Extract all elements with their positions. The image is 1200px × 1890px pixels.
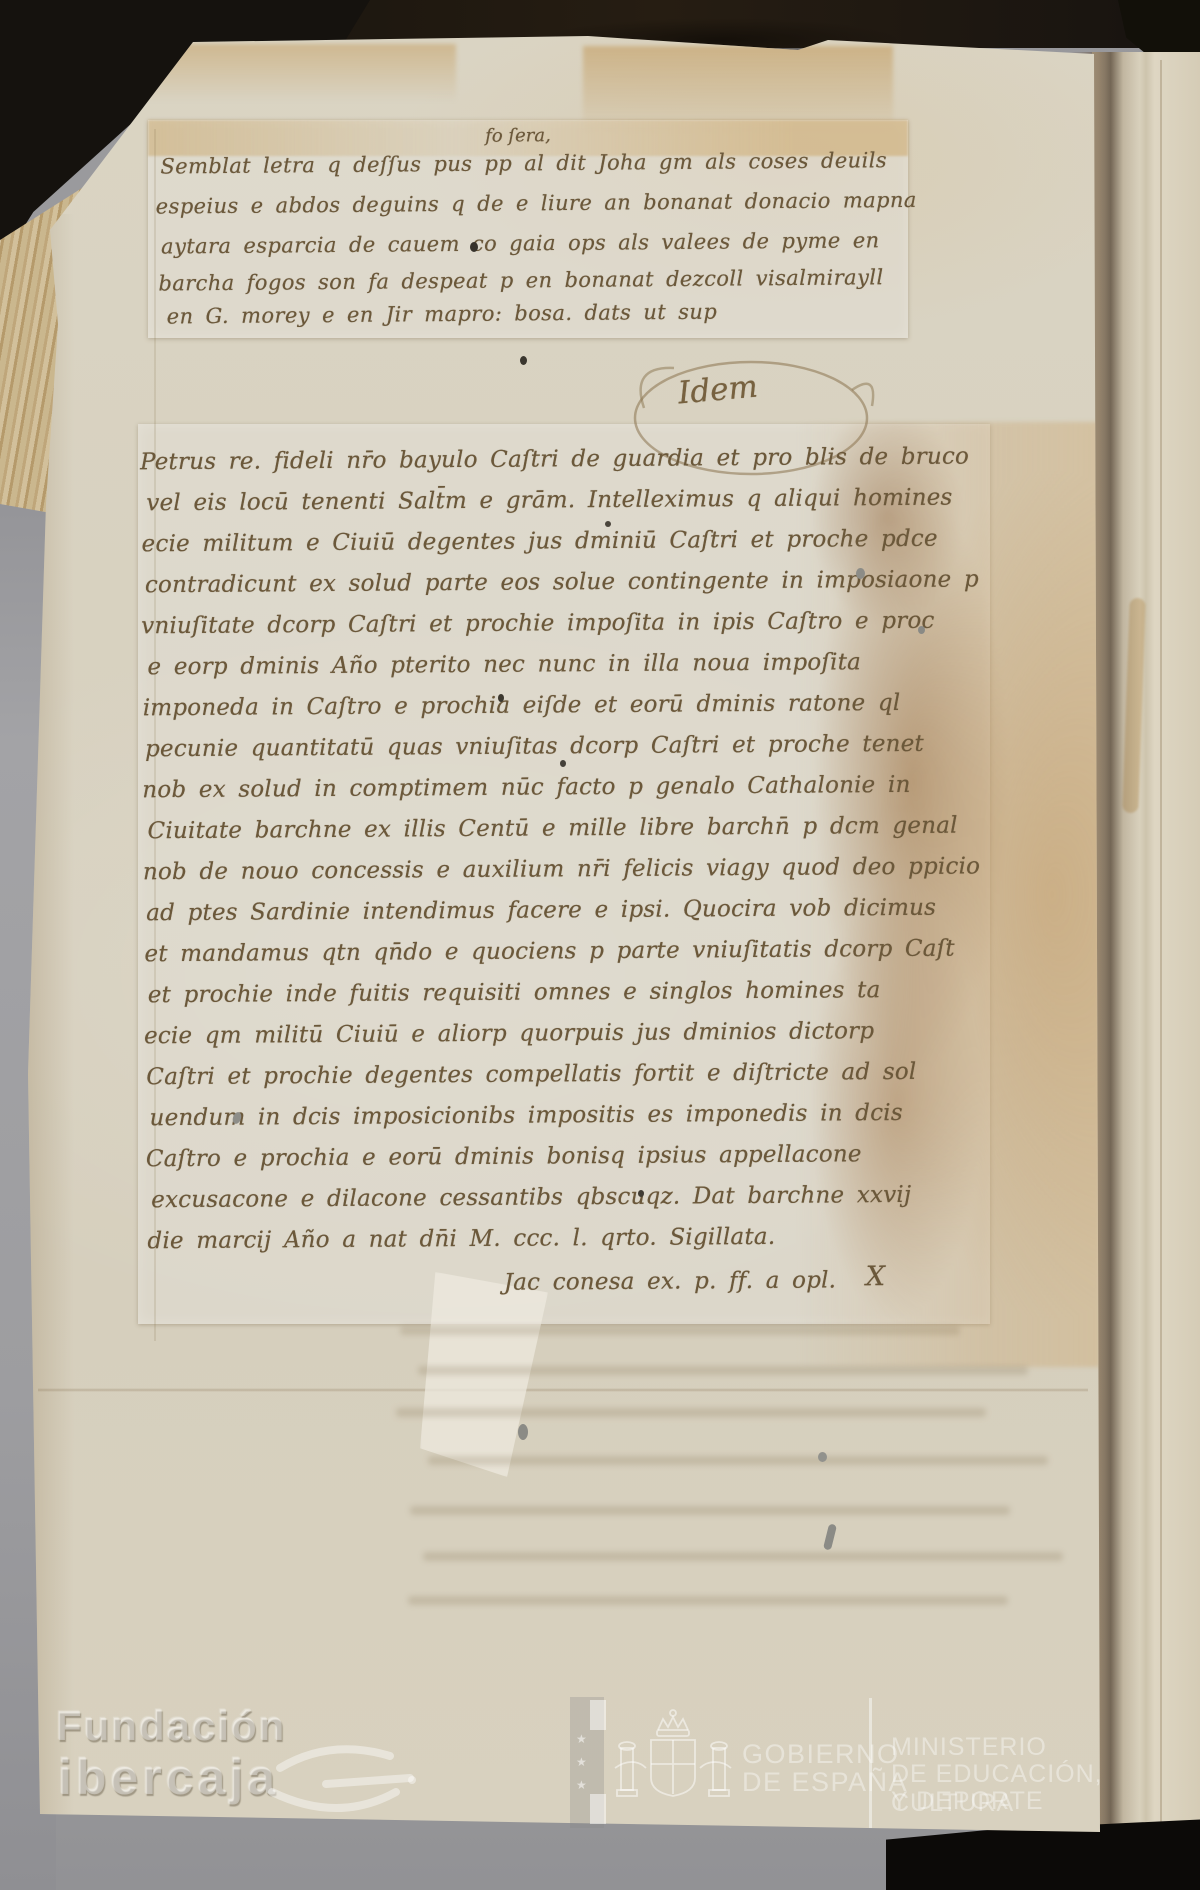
manuscript-line: e eorp dminis Año pterito nec nunc in il… <box>147 649 861 680</box>
band-notch <box>590 1700 606 1730</box>
glue-spot <box>856 568 865 579</box>
ink-spot <box>638 1190 644 1197</box>
ministerio-watermark-line3: Y DEPORTE <box>891 1787 1044 1816</box>
manuscript-line: ecie militum e Ciuiū degentes jus dminiū… <box>142 526 938 558</box>
final-x-mark: X <box>866 1261 885 1292</box>
manuscript-page: fo ſera, Semblat letra q deſſus pus pp a… <box>28 34 1100 1836</box>
manuscript-line: et mandamus qtn qn̄do e quociens p parte… <box>144 936 955 968</box>
watermark-divider <box>869 1698 872 1828</box>
manuscript-line: vel eis locū tenenti Salt̄m e grām. Inte… <box>146 485 952 517</box>
glue-spot <box>518 1424 528 1440</box>
manuscript-line: et prochie inde fuitis requisiti omnes e… <box>148 977 881 1008</box>
manuscript-line: Petrus re. fideli nr̄o bayulo Caſtri de … <box>140 443 969 475</box>
page-edge-line <box>1160 60 1162 1830</box>
manuscript-line: nob de nouo concessis e auxilium nr̄i fe… <box>143 853 980 885</box>
manuscript-line: Caſtri et prochie degentes compellatis f… <box>146 1059 916 1090</box>
glue-spot <box>918 626 925 634</box>
ink-spot <box>605 521 611 527</box>
manuscript-line: imponeda in Caſtro e prochia eiſde et eo… <box>143 690 901 721</box>
manuscript-line: die marcij Año a nat dn̄i M. ccc. l. qrt… <box>147 1224 775 1254</box>
manuscript-line: pecunie quantitatū quas vniuſitas dcorp … <box>145 731 924 762</box>
manuscript-scan: fo ſera, Semblat letra q deſſus pus pp a… <box>0 0 1200 1890</box>
star-icon: ★ <box>576 1778 587 1792</box>
manuscript-line: ad ptes Sardinie intendimus facere e ips… <box>146 895 936 927</box>
manuscript-line: uendum in dcis imposicionibs impositis e… <box>150 1100 903 1131</box>
ink-spot <box>470 242 478 252</box>
manuscript-line: ecie qm militū Ciuiū e aliorp quorpuis j… <box>144 1018 874 1049</box>
manuscript-line: contradicunt ex solud parte eos solue co… <box>145 566 979 598</box>
manuscript-line: Caſtro e prochia e eorū dminis bonisq ip… <box>146 1141 862 1172</box>
manuscript-line: nob ex solud in comptimem nūc facto p ge… <box>142 772 910 803</box>
ink-spot <box>520 356 527 365</box>
ministerio-watermark-line1: MINISTERIO <box>891 1733 1047 1762</box>
ibercaja-watermark-line1: Fundación <box>56 1702 286 1750</box>
ibercaja-watermark-line2: ibercaja <box>58 1748 279 1806</box>
glue-spot <box>818 1452 827 1462</box>
manuscript-line: excusacone e dilacone cessantibs qbscuqz… <box>151 1182 911 1213</box>
manuscript-line: Ciuitate barchne ex illis Centū e mille … <box>148 813 958 845</box>
manuscript-line: vniuſitate dcorp Caſtri et prochie impoſ… <box>141 608 935 640</box>
band-notch <box>590 1794 606 1824</box>
gobierno-watermark-line2: DE ESPAÑA <box>742 1767 908 1798</box>
ink-spot <box>498 694 504 702</box>
main-letter-block: Petrus re. fideli nr̄o bayulo Caſtri de … <box>25 28 1110 1837</box>
gobierno-watermark-line1: GOBIERNO <box>742 1739 900 1770</box>
signature-line: Jac conesa ex. p. ff. a opl. <box>504 1267 837 1295</box>
star-icon: ★ <box>576 1732 587 1746</box>
ink-spot <box>560 760 566 767</box>
ibercaja-swoosh-icon <box>268 1736 418 1826</box>
spain-coat-of-arms-icon <box>612 1706 734 1816</box>
star-icon: ★ <box>576 1755 587 1769</box>
